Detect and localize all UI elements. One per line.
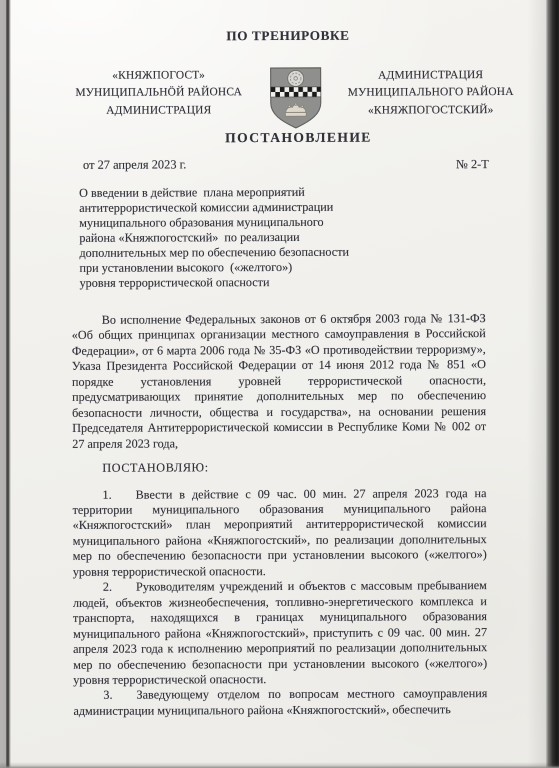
issuer-name-russian-line-2: МУНИЦИПАЛЬНОГО РАЙОНА: [329, 84, 533, 102]
issuer-name-komi-line-2: МУНИЦИПАЛЬНÖЙ РАЙОНСА: [57, 84, 261, 102]
item-3-text: Заведующему отделом по вопросам местного…: [73, 687, 487, 718]
item-2-number: 2.: [103, 580, 112, 594]
issuer-name-komi-line-3: АДМИНИСТРАЦИЯ: [57, 102, 261, 120]
document-content: ПО ТРЕНИРОВКЕ «КНЯЖПОГОСТ» МУНИЦИПАЛЬНÖЙ…: [0, 0, 559, 768]
scan-edge-right: [545, 0, 559, 768]
issuer-name-russian-line-1: АДМИНИСТРАЦИЯ: [329, 67, 533, 85]
resolution-item-1: 1.Ввести в действие с 09 час. 00 мин. 27…: [72, 486, 486, 581]
document-body: Во исполнение Федеральных законов от 6 о…: [72, 311, 488, 719]
resolution-word: ПОСТАНОВЛЯЮ:: [72, 459, 486, 476]
resolution-item-2: 2.Руководителям учреждений и объектов с …: [73, 578, 487, 688]
issuer-name-komi: «КНЯЖПОГОСТ» МУНИЦИПАЛЬНÖЙ РАЙОНСА АДМИН…: [57, 67, 261, 120]
coat-of-arms: [268, 66, 324, 130]
issuer-name-komi-line-1: «КНЯЖПОГОСТ»: [57, 67, 261, 85]
scan-edge-left: [0, 0, 11, 768]
paper-right-shadow: [527, 0, 545, 768]
training-exercise-label: ПО ТРЕНИРОВКЕ: [28, 27, 547, 45]
issuer-name-russian: АДМИНИСТРАЦИЯ МУНИЦИПАЛЬНОГО РАЙОНА «КНЯ…: [329, 67, 533, 120]
document-subject: О введении в действие плана мероприятий …: [79, 184, 454, 291]
resolution-item-3: 3.Заведующему отделом по вопросам местно…: [73, 687, 487, 720]
document-number: № 2-Т: [456, 157, 489, 172]
scan-edge-bottom: [0, 762, 559, 768]
item-1-text: Ввести в действие с 09 час. 00 мин. 27 а…: [73, 486, 487, 579]
item-2-text: Руководителям учреждений и объектов с ма…: [73, 578, 487, 687]
item-1-number: 1.: [102, 487, 111, 501]
document-date: от 27 апреля 2023 г.: [83, 157, 186, 172]
issuer-name-russian-line-3: «КНЯЖПОГОСТСКИЙ»: [329, 101, 533, 119]
scanned-page: ПО ТРЕНИРОВКЕ «КНЯЖПОГОСТ» МУНИЦИПАЛЬНÖЙ…: [0, 0, 559, 768]
document-type-title: ПОСТАНОВЛЕНИЕ: [39, 129, 558, 147]
preamble-paragraph: Во исполнение Федеральных законов от 6 о…: [72, 311, 487, 452]
checkered-band: [271, 87, 321, 97]
item-3-number: 3.: [103, 688, 112, 702]
coat-of-arms-image: [268, 66, 324, 130]
